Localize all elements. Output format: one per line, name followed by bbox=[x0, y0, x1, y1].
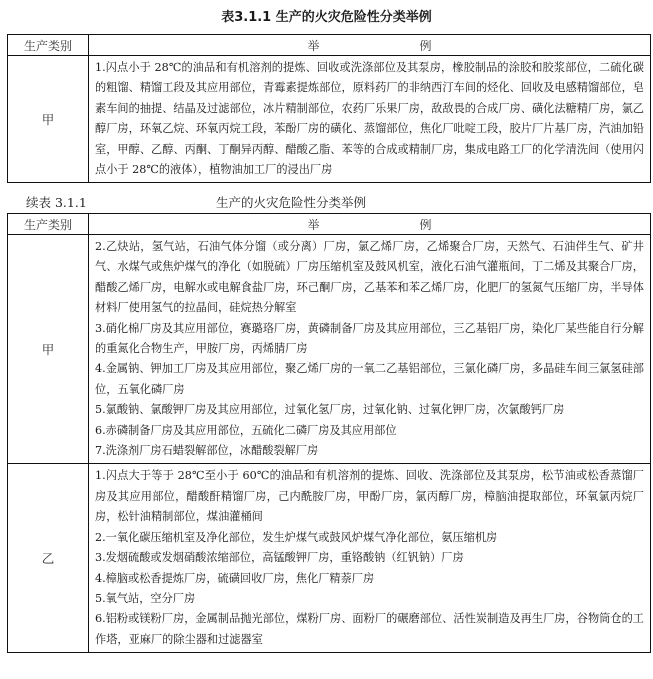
header-examples-char-2: 例 bbox=[420, 39, 432, 53]
example-item: 1.闪点小于 28℃的油品和有机溶剂的提炼、回收或洗涤部位及其泵房，橡胶制品的涂… bbox=[95, 58, 644, 180]
table-header-row: 生产类别 举例 bbox=[8, 35, 651, 56]
category-cell: 甲 bbox=[8, 235, 89, 464]
fire-hazard-table: 生产类别 举例 甲 1.闪点小于 28℃的油品和有机溶剂的提炼、回收或洗涤部位及… bbox=[7, 34, 651, 183]
example-item: 7.洗涤剂厂房石蜡裂解部位，冰醋酸裂解厂房 bbox=[95, 441, 644, 461]
example-item: 4.金属钠、钾加工厂房及其应用部位，聚乙烯厂房的一氧二乙基铝部位，三氯化磷厂房，… bbox=[95, 359, 644, 400]
examples-cell: 1.闪点小于 28℃的油品和有机溶剂的提炼、回收或洗涤部位及其泵房，橡胶制品的涂… bbox=[89, 56, 651, 183]
table-row: 乙 1.闪点大于等于 28℃至小于 60℃的油品和有机溶剂的提炼、回收、洗涤部位… bbox=[8, 464, 651, 653]
table-header-row: 生产类别 举例 bbox=[8, 214, 651, 235]
example-item: 4.樟脑或松香提炼厂房，硫磺回收厂房，焦化厂精萘厂房 bbox=[95, 569, 644, 589]
header-examples: 举例 bbox=[89, 35, 651, 56]
category-cell: 甲 bbox=[8, 56, 89, 183]
example-item: 6.赤磷制备厂房及其应用部位，五硫化二磷厂房及其应用部位 bbox=[95, 421, 644, 441]
example-item: 2.乙炔站，氢气站，石油气体分馏（或分离）厂房，氯乙烯厂房，乙烯聚合厂房，天然气… bbox=[95, 237, 644, 319]
table-row: 甲 1.闪点小于 28℃的油品和有机溶剂的提炼、回收或洗涤部位及其泵房，橡胶制品… bbox=[8, 56, 651, 183]
continued-table-title: 生产的火灾危险性分类举例 bbox=[216, 193, 366, 211]
header-examples-char-1: 举 bbox=[307, 218, 319, 232]
header-category: 生产类别 bbox=[8, 214, 89, 235]
continued-table-label: 续表 3.1.1 bbox=[26, 193, 87, 211]
example-item: 6.铝粉或镁粉厂房，金属制品抛光部位，煤粉厂房、面粉厂的碾磨部位、活性炭制造及再… bbox=[95, 609, 644, 650]
example-item: 1.闪点大于等于 28℃至小于 60℃的油品和有机溶剂的提炼、回收、洗涤部位及其… bbox=[95, 466, 644, 527]
table-title: 表3.1.1 生产的火灾危险性分类举例 bbox=[0, 6, 653, 25]
examples-cell: 1.闪点大于等于 28℃至小于 60℃的油品和有机溶剂的提炼、回收、洗涤部位及其… bbox=[89, 464, 651, 653]
fire-hazard-table-continued: 生产类别 举例 甲 2.乙炔站，氢气站，石油气体分馏（或分离）厂房，氯乙烯厂房，… bbox=[7, 213, 651, 653]
example-item: 2.一氧化碳压缩机室及净化部位，发生炉煤气或鼓风炉煤气净化部位，氨压缩机房 bbox=[95, 528, 644, 548]
table-row: 甲 2.乙炔站，氢气站，石油气体分馏（或分离）厂房，氯乙烯厂房，乙烯聚合厂房，天… bbox=[8, 235, 651, 464]
example-item: 5.氧气站，空分厂房 bbox=[95, 589, 644, 609]
header-examples-char-1: 举 bbox=[307, 39, 319, 53]
example-item: 5.氯酸钠、氯酸钾厂房及其应用部位，过氧化氢厂房，过氧化钠、过氧化钾厂房，次氯酸… bbox=[95, 400, 644, 420]
header-examples: 举例 bbox=[89, 214, 651, 235]
category-cell: 乙 bbox=[8, 464, 89, 653]
header-category: 生产类别 bbox=[8, 35, 89, 56]
examples-cell: 2.乙炔站，氢气站，石油气体分馏（或分离）厂房，氯乙烯厂房，乙烯聚合厂房，天然气… bbox=[89, 235, 651, 464]
header-examples-char-2: 例 bbox=[420, 218, 432, 232]
example-item: 3.发烟硫酸或发烟硝酸浓缩部位，高锰酸钾厂房，重铬酸钠（红钒钠）厂房 bbox=[95, 548, 644, 568]
example-item: 3.硝化棉厂房及其应用部位，赛璐珞厂房，黄磷制备厂房及其应用部位，三乙基铝厂房，… bbox=[95, 319, 644, 360]
